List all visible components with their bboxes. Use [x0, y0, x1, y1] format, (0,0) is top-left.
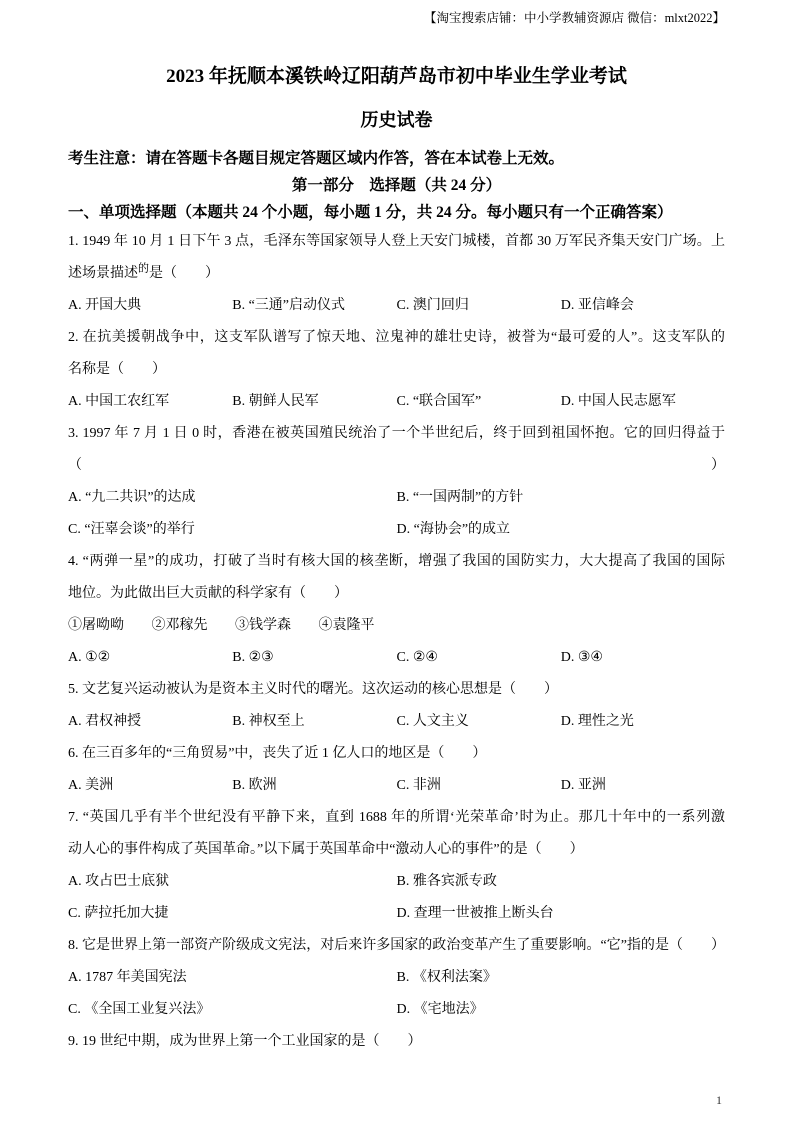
- question-3-option-d: D. “海协会”的成立: [397, 514, 726, 546]
- question-6-option-b: B. 欧洲: [232, 770, 396, 802]
- paper-subject-title: 历史试卷: [68, 108, 725, 132]
- store-watermark: 【淘宝搜索店铺：中小学教辅资源店 微信：mlxt2022】: [68, 10, 725, 27]
- question-5-option-b: B. 神权至上: [232, 706, 396, 738]
- question-2-options: A. 中国工农红军 B. 朝鲜人民军 C. “联合国军” D. 中国人民志愿军: [68, 386, 725, 418]
- question-3-options-row-1: A. “九二共识”的达成 B. “一国两制”的方针: [68, 482, 725, 514]
- question-3-options-row-2: C. “汪辜会谈”的举行 D. “海协会”的成立: [68, 514, 725, 546]
- question-2-stem-line-1: 2. 在抗美援朝战争中，这支军队谱写了惊天地、泣鬼神的雄壮史诗，被誉为“最可爱的…: [68, 322, 725, 354]
- question-8-option-d: D. 《宅地法》: [397, 994, 726, 1026]
- question-8-options-row-2: C. 《全国工业复兴法》 D. 《宅地法》: [68, 994, 725, 1026]
- exam-paper-page: 【淘宝搜索店铺：中小学教辅资源店 微信：mlxt2022】 2023 年抚顺本溪…: [0, 0, 793, 1122]
- question-4-option-a: A. ①②: [68, 642, 232, 674]
- question-6-options: A. 美洲 B. 欧洲 C. 非洲 D. 亚洲: [68, 770, 725, 802]
- question-7-option-c: C. 萨拉托加大捷: [68, 898, 397, 930]
- question-1-stem-line-1: 1. 1949 年 10 月 1 日下午 3 点，毛泽东等国家领导人登上天安门城…: [68, 226, 725, 258]
- question-1-option-c: C. 澳门回归: [397, 290, 561, 322]
- question-3-option-a: A. “九二共识”的达成: [68, 482, 397, 514]
- question-7-options-row-2: C. 萨拉托加大捷 D. 查理一世被推上断头台: [68, 898, 725, 930]
- page-number: 1: [716, 1093, 722, 1108]
- question-8-option-b: B. 《权利法案》: [397, 962, 726, 994]
- question-1-stem2-pre: 述场景描述: [68, 266, 138, 281]
- question-2-stem-line-2: 名称是（ ）: [68, 354, 725, 386]
- question-1-stem2-superscript: 的: [138, 262, 149, 274]
- question-1-stem2-post: 是（ ）: [149, 266, 219, 281]
- question-4-stem-line-1: 4. “两弹一星”的成功，打破了当时有核大国的核垄断，增强了我国的国防实力，大大…: [68, 546, 725, 578]
- question-9-stem-line-1: 9. 19 世纪中期，成为世界上第一个工业国家的是（ ）: [68, 1026, 725, 1058]
- question-6-option-d: D. 亚洲: [561, 770, 725, 802]
- question-5-options: A. 君权神授 B. 神权至上 C. 人文主义 D. 理性之光: [68, 706, 725, 738]
- question-2-option-d: D. 中国人民志愿军: [561, 386, 725, 418]
- question-7-stem-line-1: 7. “英国几乎有半个世纪没有平静下来，直到 1688 年的所谓‘光荣革命’时为…: [68, 802, 725, 834]
- question-5-option-c: C. 人文主义: [397, 706, 561, 738]
- question-8-stem-line-1: 8. 它是世界上第一部资产阶级成文宪法，对后来许多国家的政治变革产生了重要影响。…: [68, 930, 725, 962]
- question-5-stem-line-1: 5. 文艺复兴运动被认为是资本主义时代的曙光。这次运动的核心思想是（ ）: [68, 674, 725, 706]
- question-7-option-b: B. 雅各宾派专政: [397, 866, 726, 898]
- question-1-option-d: D. 亚信峰会: [561, 290, 725, 322]
- question-8-options-row-1: A. 1787 年美国宪法 B. 《权利法案》: [68, 962, 725, 994]
- question-1-stem-line-2: 述场景描述的是（ ）: [68, 258, 725, 290]
- question-1-options: A. 开国大典 B. “三通”启动仪式 C. 澳门回归 D. 亚信峰会: [68, 290, 725, 322]
- question-7-option-a: A. 攻占巴士底狱: [68, 866, 397, 898]
- question-6-stem-line-1: 6. 在三百多年的“三角贸易”中，丧失了近 1 亿人口的地区是（ ）: [68, 738, 725, 770]
- question-1-option-a: A. 开国大典: [68, 290, 232, 322]
- question-3-stem-line-1: 3. 1997 年 7 月 1 日 0 时，香港在被英国殖民统治了一个半世纪后，…: [68, 418, 725, 482]
- question-8-option-c: C. 《全国工业复兴法》: [68, 994, 397, 1026]
- question-1-option-b: B. “三通”启动仪式: [232, 290, 396, 322]
- question-5-option-d: D. 理性之光: [561, 706, 725, 738]
- question-4-option-b: B. ②③: [232, 642, 396, 674]
- question-6-option-c: C. 非洲: [397, 770, 561, 802]
- question-4-options: A. ①② B. ②③ C. ②④ D. ③④: [68, 642, 725, 674]
- question-4-stem-line-2: 地位。为此做出巨大贡献的科学家有（ ）: [68, 578, 725, 610]
- question-4-numbered-items: ①屠呦呦 ②邓稼先 ③钱学森 ④袁隆平: [68, 610, 725, 642]
- exam-title: 2023 年抚顺本溪铁岭辽阳葫芦岛市初中毕业生学业考试: [68, 64, 725, 90]
- question-4-item-1: ①屠呦呦: [68, 618, 124, 633]
- question-3-option-c: C. “汪辜会谈”的举行: [68, 514, 397, 546]
- question-7-stem-line-2: 动人心的事件构成了英国革命。”以下属于英国革命中“激动人心的事件”的是（ ）: [68, 834, 725, 866]
- question-6-option-a: A. 美洲: [68, 770, 232, 802]
- question-7-option-d: D. 查理一世被推上断头台: [397, 898, 726, 930]
- question-3-option-b: B. “一国两制”的方针: [397, 482, 726, 514]
- question-5-option-a: A. 君权神授: [68, 706, 232, 738]
- question-4-option-c: C. ②④: [397, 642, 561, 674]
- question-4-option-d: D. ③④: [561, 642, 725, 674]
- question-4-item-2: ②邓稼先: [152, 618, 208, 633]
- candidate-notice: 考生注意：请在答题卡各题目规定答题区域内作答，答在本试卷上无效。: [68, 146, 725, 172]
- question-2-option-b: B. 朝鲜人民军: [232, 386, 396, 418]
- question-7-options-row-1: A. 攻占巴士底狱 B. 雅各宾派专政: [68, 866, 725, 898]
- section-title: 第一部分 选择题（共 24 分）: [68, 172, 725, 199]
- section-instruction: 一、单项选择题（本题共 24 个小题，每小题 1 分，共 24 分。每小题只有一…: [68, 199, 725, 226]
- question-2-option-a: A. 中国工农红军: [68, 386, 232, 418]
- question-2-option-c: C. “联合国军”: [397, 386, 561, 418]
- question-4-item-3: ③钱学森: [235, 618, 291, 633]
- question-8-option-a: A. 1787 年美国宪法: [68, 962, 397, 994]
- question-4-item-4: ④袁隆平: [319, 618, 375, 633]
